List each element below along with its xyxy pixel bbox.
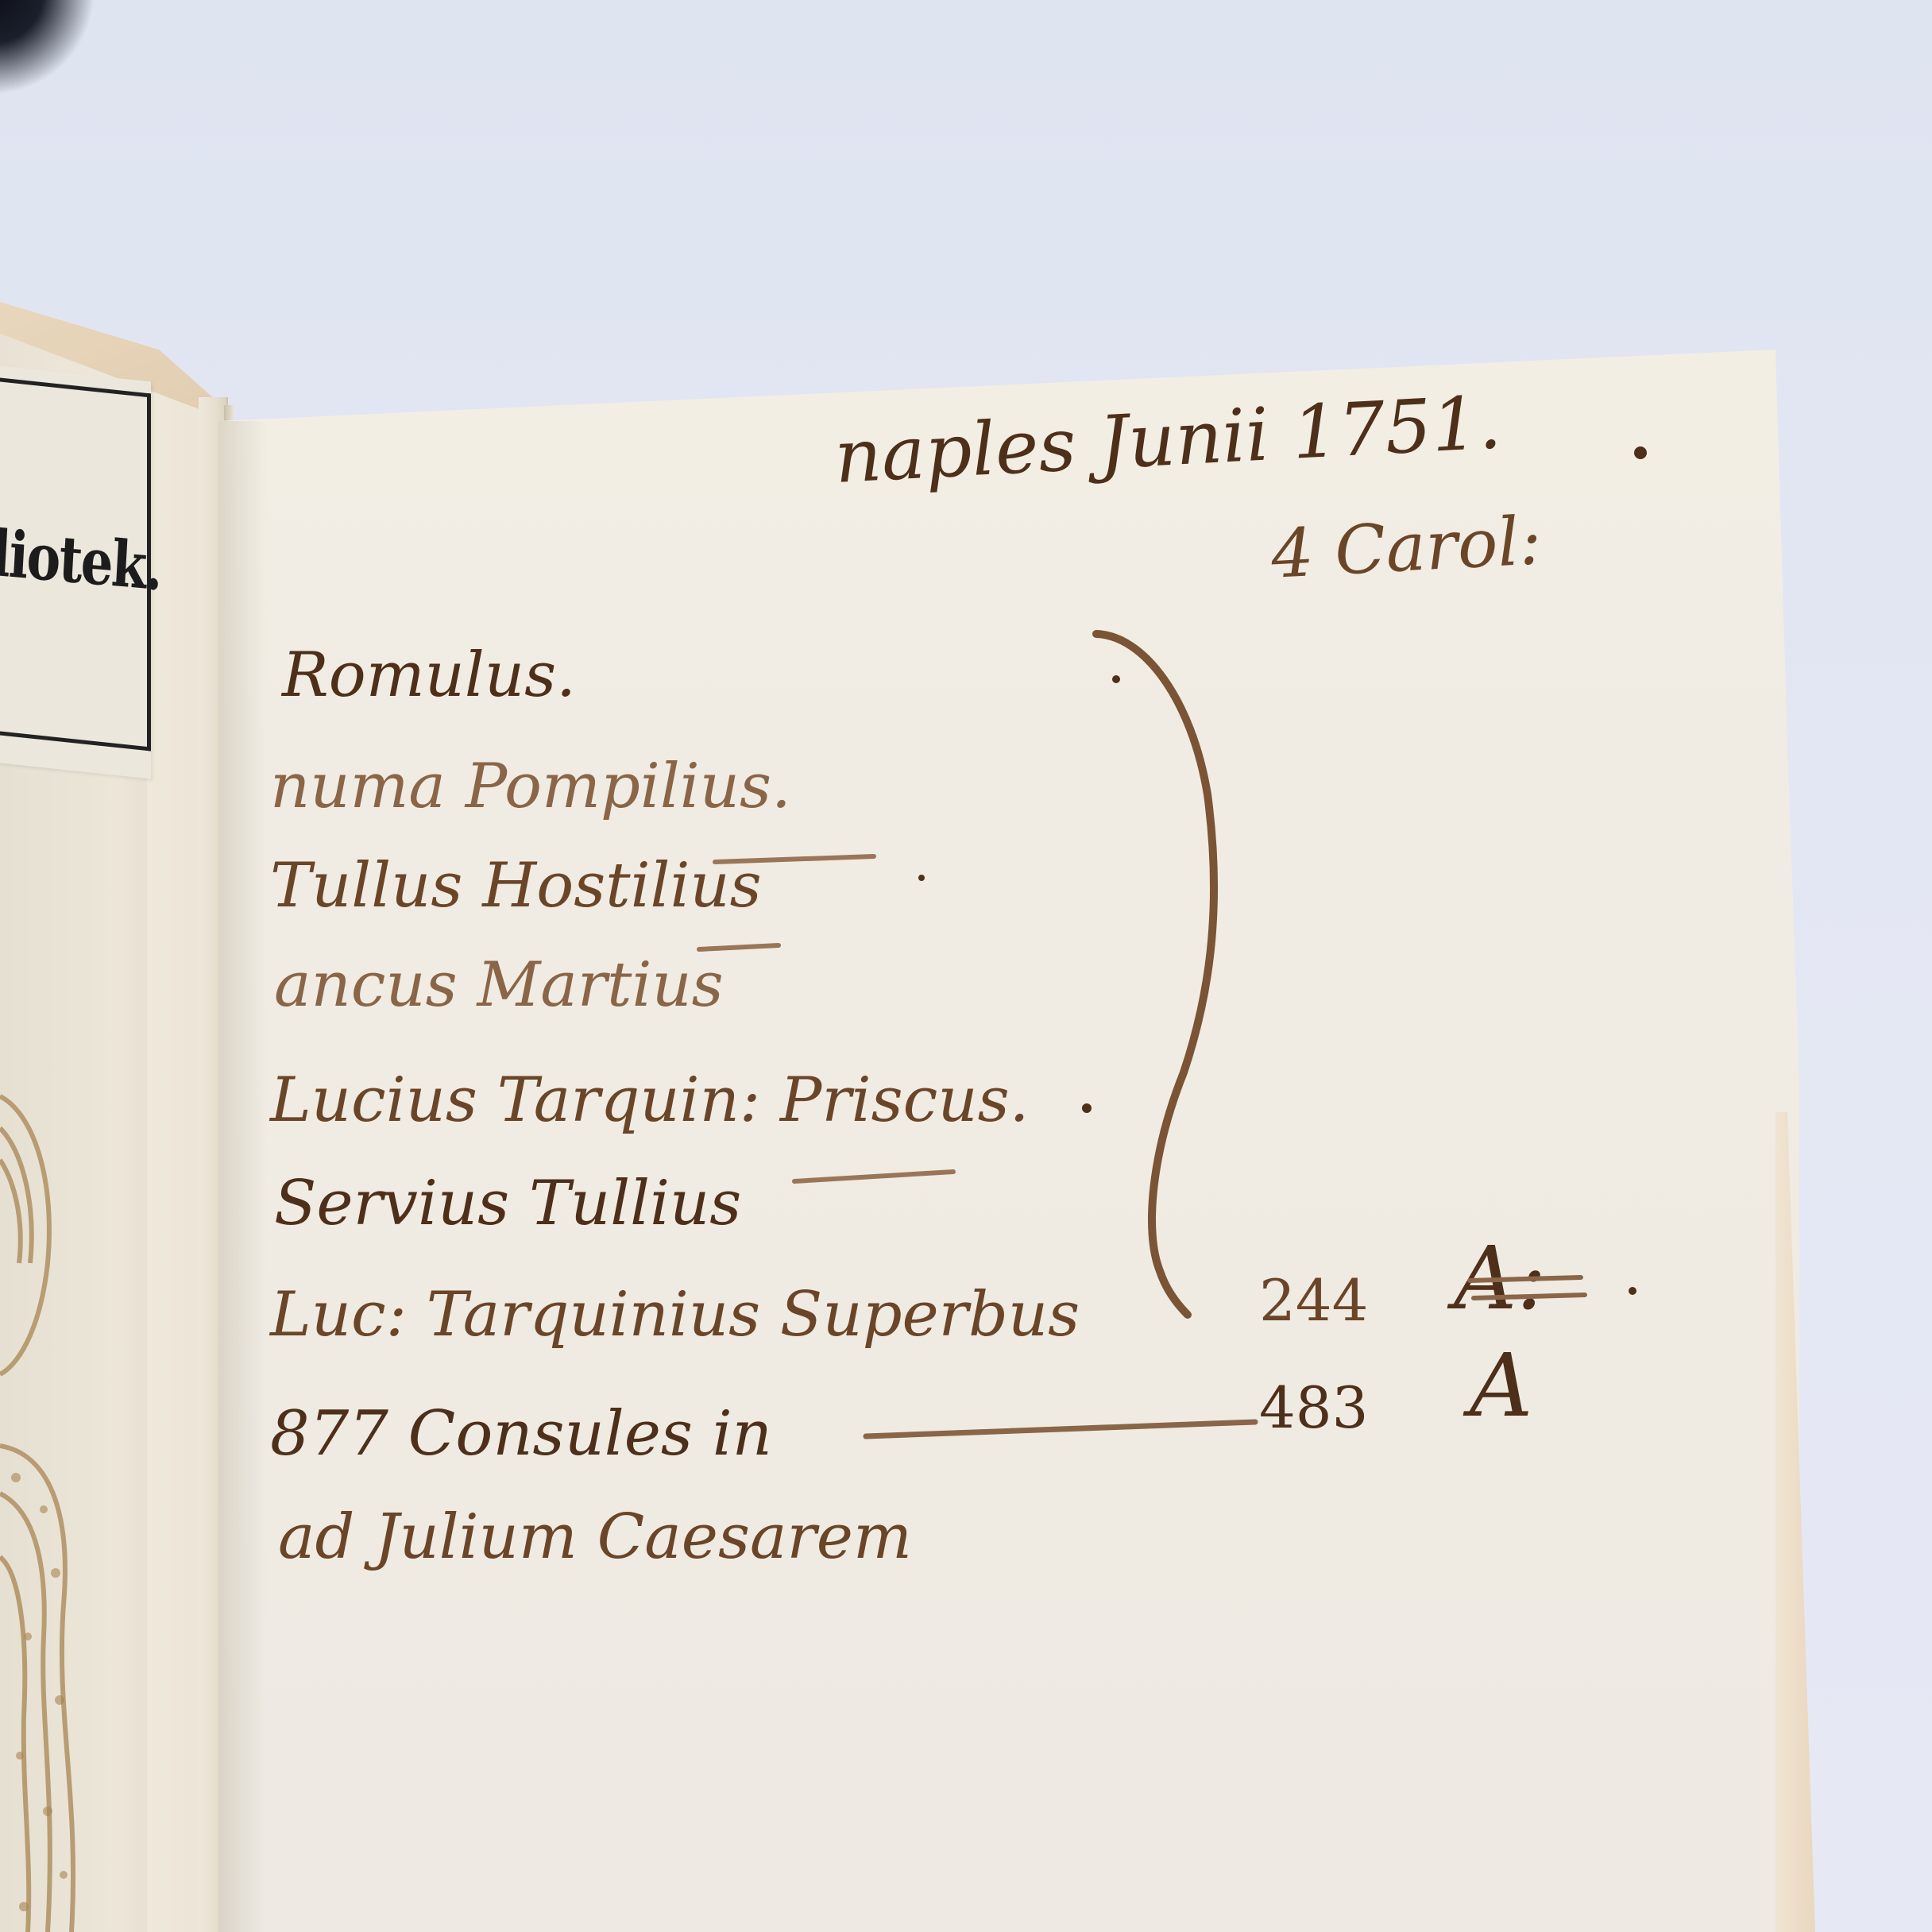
flyleaf-page [218, 350, 1799, 1932]
king-servius-tullius: Servius Tullius [274, 1168, 741, 1239]
annotation-value-483: 483 [1259, 1374, 1368, 1441]
king-ancus-martius: ancus Martius [274, 949, 724, 1021]
consuls-line-2: ad Julium Caesarem [278, 1501, 912, 1573]
engraved-portrait-fragment [0, 1001, 87, 1932]
price-inscription: 4 Carol: [1269, 501, 1544, 593]
page-gutter-shadow [218, 421, 266, 1932]
king-tarquinius-superbus: Luc: Tarquinius Superbus [270, 1279, 1080, 1350]
king-tarquinius-priscus: Lucius Tarquin: Priscus. [270, 1065, 1029, 1136]
king-tullus-hostilius: Tullus Hostilius [270, 850, 762, 922]
bookplate-label-text: liotek. [0, 516, 164, 605]
consuls-line-1: 877 Consules in [270, 1398, 772, 1470]
annotation-mark-anno: A: [1454, 1227, 1547, 1329]
king-numa-pompilius: numa Pompilius. [270, 751, 791, 822]
annotation-mark-a: A [1470, 1335, 1532, 1436]
king-romulus: Romulus. [282, 639, 576, 711]
annotation-value-244: 244 [1259, 1267, 1368, 1334]
dark-object-corner [0, 0, 95, 95]
